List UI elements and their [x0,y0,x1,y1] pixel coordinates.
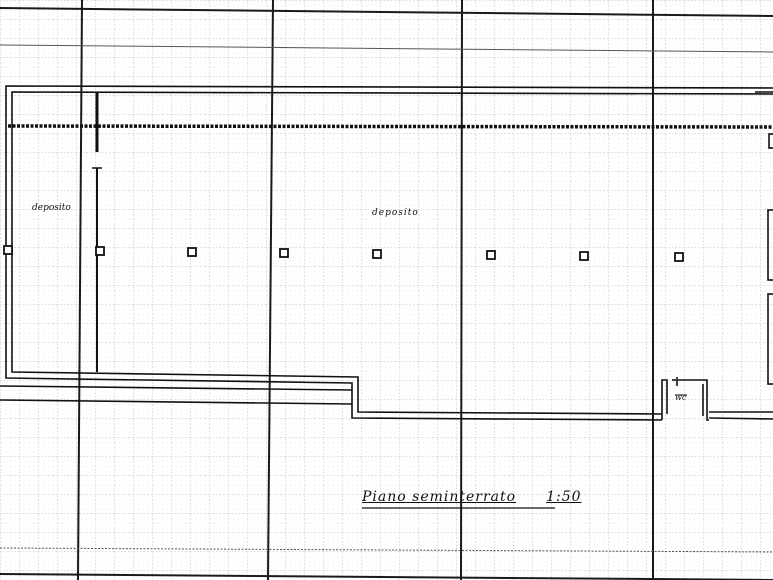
room-label-main-deposit: deposito [372,208,419,218]
column-marker [580,252,588,260]
column-marker [188,248,196,256]
column-marker [487,251,495,259]
column-marker [675,253,683,261]
room-label-wc: wc [675,393,686,402]
column-marker [96,247,104,255]
drawing-scale: 1:50 [546,489,581,505]
column-marker [4,246,12,254]
room-label-left-deposit: deposito [32,203,71,213]
column-marker [373,250,381,258]
drawing-title: Piano seminterrato1:50 [362,489,582,505]
column-marker [280,249,288,257]
drawing-title-text: Piano seminterrato [362,489,516,505]
